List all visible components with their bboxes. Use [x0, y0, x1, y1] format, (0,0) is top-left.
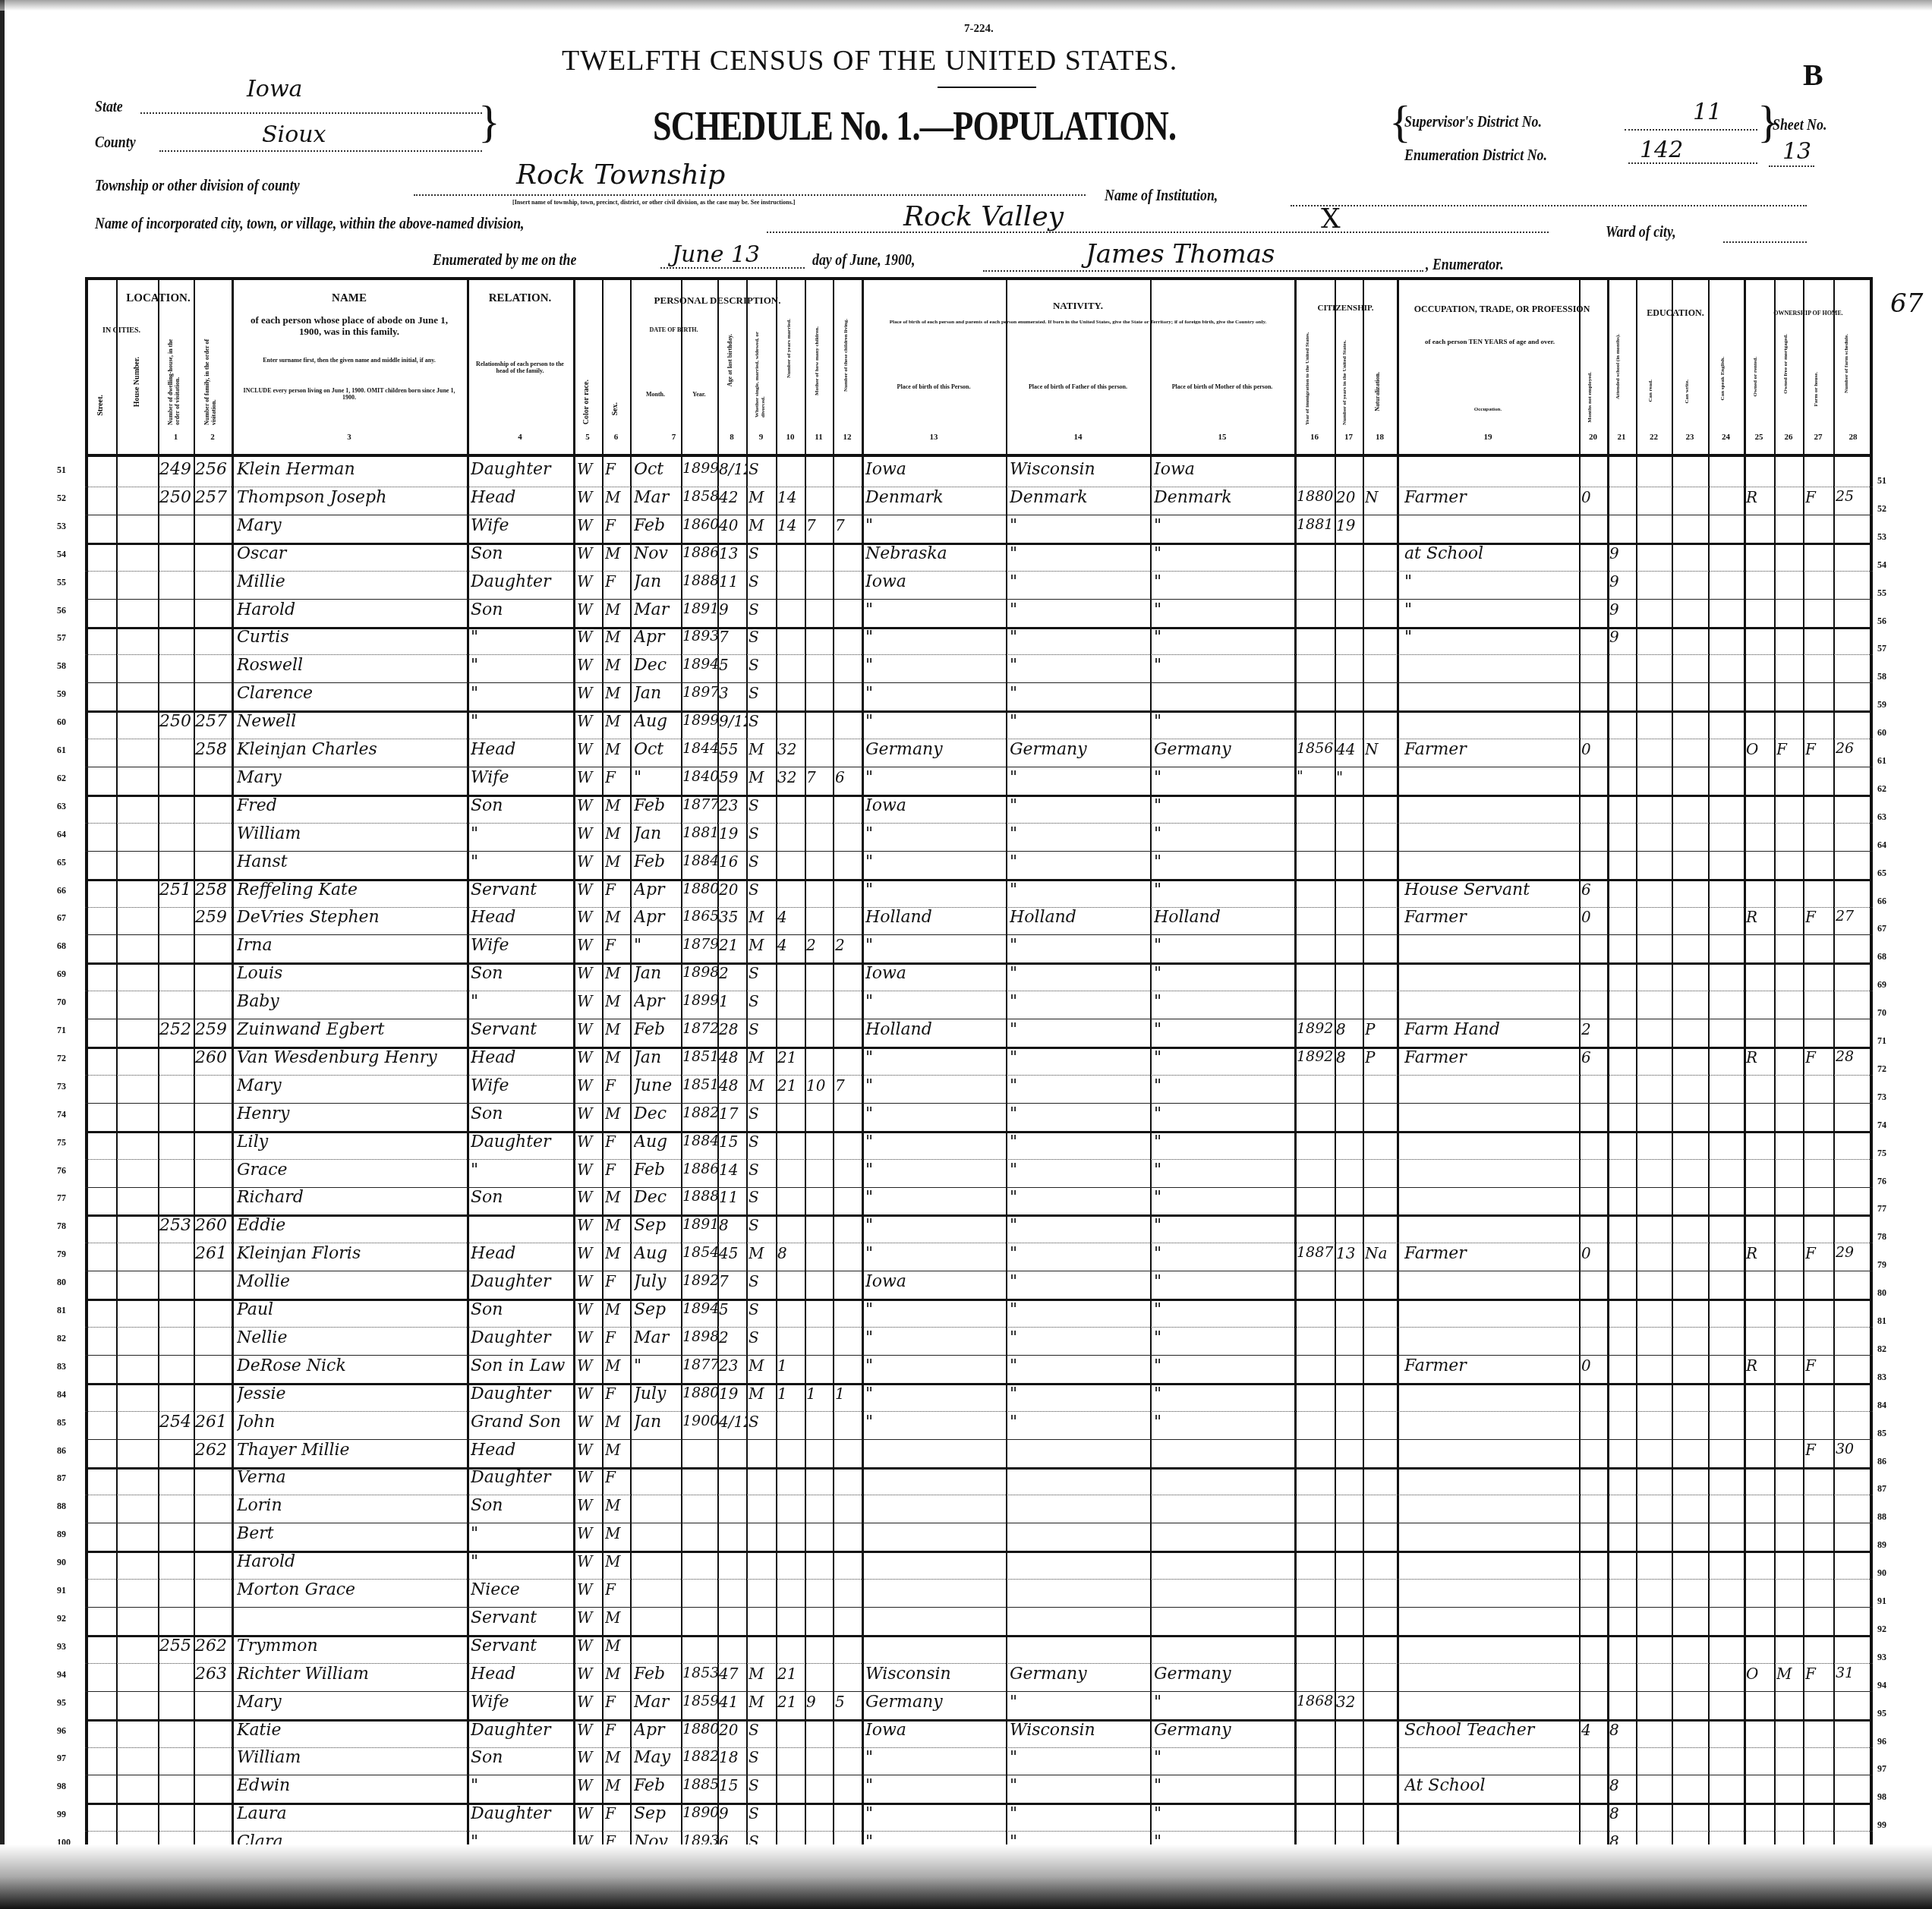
occupation-cell[interactable]: Farmer [1404, 908, 1579, 927]
birthplace-mother-cell[interactable]: " [1154, 1188, 1294, 1207]
birthplace-person-cell[interactable]: " [865, 1384, 1006, 1403]
school-months-cell[interactable]: 9 [1609, 600, 1636, 619]
farm-schedule-cell[interactable]: 30 [1836, 1441, 1872, 1457]
birth-month-cell[interactable]: July [634, 1384, 681, 1403]
sex-cell[interactable]: M [605, 1048, 630, 1066]
birth-year-cell[interactable]: 1892 [682, 1272, 717, 1289]
birth-month-cell[interactable]: " [634, 768, 681, 787]
birthplace-person-cell[interactable]: Iowa [865, 572, 1006, 591]
sex-cell[interactable]: M [605, 1300, 630, 1318]
birthplace-person-cell[interactable]: Iowa [865, 460, 1006, 479]
birth-year-cell[interactable]: 1880 [682, 1384, 717, 1401]
color-race-cell[interactable]: W [577, 936, 602, 954]
birthplace-person-cell[interactable]: " [865, 936, 1006, 955]
birthplace-father-cell[interactable]: " [1010, 600, 1150, 619]
years-married-cell[interactable]: 32 [777, 740, 805, 758]
age-cell[interactable]: 11 [719, 572, 746, 591]
mother-of-children-cell[interactable]: 2 [806, 936, 833, 954]
birthplace-mother-cell[interactable]: " [1154, 656, 1294, 675]
mother-of-children-cell[interactable]: 1 [806, 1384, 833, 1403]
birthplace-mother-cell[interactable]: " [1154, 1328, 1294, 1347]
birthplace-person-cell[interactable]: Holland [865, 1020, 1006, 1039]
color-race-cell[interactable]: W [577, 1804, 602, 1822]
marital-status-cell[interactable]: S [749, 1804, 776, 1822]
birthplace-father-cell[interactable]: " [1010, 1300, 1150, 1319]
color-race-cell[interactable]: W [577, 684, 602, 702]
naturalization-cell[interactable]: N [1365, 488, 1395, 506]
birthplace-mother-cell[interactable]: " [1154, 1748, 1294, 1767]
sex-cell[interactable]: F [605, 1468, 630, 1486]
school-months-cell[interactable]: 9 [1609, 628, 1636, 646]
person-name-cell[interactable]: Mary [237, 768, 465, 787]
birth-year-cell[interactable]: 1885 [682, 1776, 717, 1793]
family-number-cell[interactable]: 261 [195, 1413, 232, 1432]
immigration-year-cell[interactable]: 1868 [1297, 1693, 1335, 1709]
birthplace-mother-cell[interactable]: " [1154, 572, 1294, 591]
color-race-cell[interactable]: W [577, 1356, 602, 1375]
farm-house-cell[interactable]: F [1805, 488, 1833, 506]
occupation-cell[interactable]: " [1404, 628, 1579, 647]
birthplace-person-cell[interactable]: " [865, 1188, 1006, 1207]
birthplace-mother-cell[interactable]: Iowa [1154, 460, 1294, 479]
occupation-cell[interactable]: Farm Hand [1404, 1020, 1579, 1039]
birthplace-mother-cell[interactable]: " [1154, 1132, 1294, 1151]
free-mortgaged-cell[interactable]: F [1776, 740, 1803, 758]
color-race-cell[interactable]: W [577, 1776, 602, 1794]
age-cell[interactable]: 19 [719, 824, 746, 843]
person-name-cell[interactable]: Louis [237, 964, 465, 983]
sex-cell[interactable]: F [605, 936, 630, 954]
person-name-cell[interactable]: DeVries Stephen [237, 908, 465, 927]
marital-status-cell[interactable]: S [749, 1104, 776, 1123]
marital-status-cell[interactable]: S [749, 1721, 776, 1739]
sex-cell[interactable]: M [605, 1748, 630, 1766]
months-unemployed-cell[interactable]: 0 [1581, 740, 1607, 758]
color-race-cell[interactable]: W [577, 1441, 602, 1459]
relation-cell[interactable]: " [471, 656, 573, 675]
relation-cell[interactable]: Wife [471, 768, 573, 787]
birth-month-cell[interactable]: Jan [634, 684, 681, 703]
school-months-cell[interactable]: 9 [1609, 544, 1636, 562]
birth-month-cell[interactable]: Aug [634, 712, 681, 731]
birthplace-person-cell[interactable]: " [865, 1104, 1006, 1123]
birthplace-person-cell[interactable]: " [865, 1748, 1006, 1767]
person-name-cell[interactable]: Bert [237, 1524, 465, 1543]
birth-year-cell[interactable]: 1899 [682, 992, 717, 1009]
relation-cell[interactable]: Daughter [471, 1272, 573, 1291]
birth-month-cell[interactable]: July [634, 1272, 681, 1291]
marital-status-cell[interactable]: S [749, 824, 776, 843]
sex-cell[interactable]: M [605, 992, 630, 1010]
person-name-cell[interactable]: Verna [237, 1468, 465, 1487]
sex-cell[interactable]: M [605, 1776, 630, 1794]
color-race-cell[interactable]: W [577, 1020, 602, 1038]
marital-status-cell[interactable]: S [749, 572, 776, 591]
color-race-cell[interactable]: W [577, 1524, 602, 1542]
dwelling-number-cell[interactable]: 253 [159, 1216, 194, 1235]
birthplace-mother-cell[interactable]: " [1154, 992, 1294, 1011]
years-married-cell[interactable]: 1 [777, 1356, 805, 1375]
sex-cell[interactable]: M [605, 712, 630, 730]
sex-cell[interactable]: M [605, 908, 630, 926]
sex-cell[interactable]: M [605, 1356, 630, 1375]
occupation-cell[interactable]: At School [1404, 1776, 1579, 1795]
family-number-cell[interactable]: 261 [195, 1244, 232, 1263]
age-cell[interactable]: 48 [719, 1076, 746, 1095]
birth-year-cell[interactable]: 1900 [682, 1413, 717, 1429]
color-race-cell[interactable]: W [577, 712, 602, 730]
months-unemployed-cell[interactable]: 0 [1581, 1244, 1607, 1262]
birthplace-person-cell[interactable]: Iowa [865, 964, 1006, 983]
occupation-cell[interactable]: Farmer [1404, 740, 1579, 759]
family-number-cell[interactable]: 263 [195, 1665, 232, 1684]
birthplace-father-cell[interactable]: Denmark [1010, 488, 1150, 507]
birth-year-cell[interactable]: 1891 [682, 1216, 717, 1233]
relation-cell[interactable]: Son [471, 600, 573, 619]
sex-cell[interactable]: M [605, 1665, 630, 1683]
years-in-us-cell[interactable]: 32 [1336, 1693, 1363, 1711]
naturalization-cell[interactable]: Na [1365, 1244, 1395, 1262]
birthplace-mother-cell[interactable]: " [1154, 824, 1294, 843]
birth-year-cell[interactable]: 1851 [682, 1048, 717, 1065]
years-married-cell[interactable]: 21 [777, 1665, 805, 1683]
relation-cell[interactable]: " [471, 1524, 573, 1543]
color-race-cell[interactable]: W [577, 572, 602, 591]
immigration-year-cell[interactable]: 1880 [1297, 488, 1335, 505]
person-name-cell[interactable]: Roswell [237, 656, 465, 675]
marital-status-cell[interactable]: S [749, 1272, 776, 1290]
relation-cell[interactable]: Son [471, 544, 573, 563]
birth-year-cell[interactable]: 1893 [682, 628, 717, 644]
birthplace-mother-cell[interactable]: " [1154, 1413, 1294, 1432]
relation-cell[interactable]: Son in Law [471, 1356, 573, 1375]
person-name-cell[interactable]: Katie [237, 1721, 465, 1740]
sex-cell[interactable]: M [605, 544, 630, 562]
relation-cell[interactable]: Son [471, 796, 573, 815]
birthplace-father-cell[interactable]: " [1010, 572, 1150, 591]
birth-month-cell[interactable]: Oct [634, 460, 681, 479]
relation-cell[interactable]: Son [471, 1300, 573, 1319]
person-name-cell[interactable]: Irna [237, 936, 465, 955]
color-race-cell[interactable]: W [577, 1552, 602, 1570]
person-name-cell[interactable]: Kleinjan Charles [237, 740, 465, 759]
birth-month-cell[interactable]: Feb [634, 1161, 681, 1180]
birth-month-cell[interactable]: Mar [634, 600, 681, 619]
birthplace-father-cell[interactable]: " [1010, 1188, 1150, 1207]
color-race-cell[interactable]: W [577, 992, 602, 1010]
months-unemployed-cell[interactable]: 0 [1581, 488, 1607, 506]
birth-month-cell[interactable]: Jan [634, 824, 681, 843]
color-race-cell[interactable]: W [577, 1693, 602, 1711]
color-race-cell[interactable]: W [577, 768, 602, 786]
sex-cell[interactable]: F [605, 460, 630, 478]
birth-month-cell[interactable]: Dec [634, 1104, 681, 1123]
family-number-cell[interactable]: 258 [195, 740, 232, 759]
birthplace-person-cell[interactable]: " [865, 712, 1006, 731]
birth-month-cell[interactable]: Feb [634, 796, 681, 815]
sex-cell[interactable]: M [605, 1188, 630, 1206]
age-cell[interactable]: 16 [719, 852, 746, 871]
age-cell[interactable]: 20 [719, 1721, 746, 1739]
birthplace-person-cell[interactable]: " [865, 1356, 1006, 1375]
farm-schedule-cell[interactable]: 27 [1836, 908, 1872, 925]
color-race-cell[interactable]: W [577, 1244, 602, 1262]
marital-status-cell[interactable]: M [749, 1244, 776, 1262]
relation-cell[interactable]: Head [471, 1048, 573, 1067]
color-race-cell[interactable]: W [577, 1048, 602, 1066]
school-months-cell[interactable]: 8 [1609, 1776, 1636, 1794]
birthplace-father-cell[interactable]: " [1010, 1132, 1150, 1151]
occupation-cell[interactable]: " [1404, 572, 1579, 591]
farm-schedule-cell[interactable]: 29 [1836, 1244, 1872, 1261]
birth-year-cell[interactable]: 1858 [682, 488, 717, 505]
marital-status-cell[interactable]: S [749, 1132, 776, 1151]
birthplace-person-cell[interactable]: " [865, 824, 1006, 843]
birthplace-father-cell[interactable]: " [1010, 1693, 1150, 1712]
person-name-cell[interactable]: Lily [237, 1132, 465, 1151]
birth-month-cell[interactable]: Jan [634, 964, 681, 983]
farm-house-cell[interactable]: F [1805, 1244, 1833, 1262]
sex-cell[interactable]: F [605, 572, 630, 591]
sex-cell[interactable]: M [605, 852, 630, 871]
relation-cell[interactable]: Head [471, 1665, 573, 1684]
dwelling-number-cell[interactable]: 249 [159, 460, 194, 479]
birth-year-cell[interactable]: 1853 [682, 1665, 717, 1681]
birthplace-father-cell[interactable]: " [1010, 1413, 1150, 1432]
marital-status-cell[interactable]: M [749, 936, 776, 954]
birthplace-father-cell[interactable]: " [1010, 516, 1150, 535]
person-name-cell[interactable]: Thayer Millie [237, 1441, 465, 1460]
birth-year-cell[interactable]: 1840 [682, 768, 717, 785]
years-in-us-cell[interactable]: 8 [1336, 1048, 1363, 1066]
person-name-cell[interactable]: Hanst [237, 852, 465, 871]
years-married-cell[interactable]: 32 [777, 768, 805, 786]
sex-cell[interactable]: F [605, 1272, 630, 1290]
children-living-cell[interactable]: 1 [835, 1384, 862, 1403]
relation-cell[interactable]: Head [471, 908, 573, 927]
mother-of-children-cell[interactable]: 7 [806, 768, 833, 786]
birth-year-cell[interactable]: 1872 [682, 1020, 717, 1037]
sex-cell[interactable]: M [605, 1637, 630, 1655]
age-cell[interactable]: 42 [719, 488, 746, 506]
birthplace-father-cell[interactable]: Holland [1010, 908, 1150, 927]
sex-cell[interactable]: M [605, 1244, 630, 1262]
birth-month-cell[interactable]: Oct [634, 740, 681, 759]
dwelling-number-cell[interactable]: 250 [159, 712, 194, 731]
relation-cell[interactable]: Head [471, 1441, 573, 1460]
color-race-cell[interactable]: W [577, 964, 602, 982]
relation-cell[interactable]: Wife [471, 1693, 573, 1712]
person-name-cell[interactable]: Henry [237, 1104, 465, 1123]
birth-month-cell[interactable]: Jan [634, 1413, 681, 1432]
birthplace-person-cell[interactable]: " [865, 1413, 1006, 1432]
farm-schedule-cell[interactable]: 26 [1836, 740, 1872, 757]
family-number-cell[interactable]: 260 [195, 1216, 232, 1235]
age-cell[interactable]: 28 [719, 1020, 746, 1038]
birthplace-person-cell[interactable]: Holland [865, 908, 1006, 927]
birthplace-mother-cell[interactable]: " [1154, 1776, 1294, 1795]
birthplace-mother-cell[interactable]: " [1154, 1300, 1294, 1319]
sex-cell[interactable]: F [605, 1328, 630, 1347]
family-number-cell[interactable]: 258 [195, 880, 232, 899]
birth-month-cell[interactable]: Apr [634, 880, 681, 899]
age-cell[interactable]: 55 [719, 740, 746, 758]
relation-cell[interactable]: Grand Son [471, 1413, 573, 1432]
color-race-cell[interactable]: W [577, 1608, 602, 1627]
person-name-cell[interactable]: Lorin [237, 1496, 465, 1515]
relation-cell[interactable]: " [471, 1552, 573, 1571]
sex-cell[interactable]: M [605, 1608, 630, 1627]
birth-month-cell[interactable]: Aug [634, 1244, 681, 1263]
birthplace-father-cell[interactable]: " [1010, 1328, 1150, 1347]
birthplace-mother-cell[interactable]: " [1154, 1804, 1294, 1823]
person-name-cell[interactable]: Paul [237, 1300, 465, 1319]
birthplace-father-cell[interactable]: " [1010, 824, 1150, 843]
person-name-cell[interactable]: Morton Grace [237, 1580, 465, 1599]
birth-year-cell[interactable]: 1882 [682, 1104, 717, 1121]
sex-cell[interactable]: M [605, 488, 630, 506]
birthplace-father-cell[interactable]: " [1010, 1776, 1150, 1795]
years-married-cell[interactable]: 1 [777, 1384, 805, 1403]
birthplace-mother-cell[interactable]: Holland [1154, 908, 1294, 927]
relation-cell[interactable]: " [471, 684, 573, 703]
school-months-cell[interactable]: 8 [1609, 1804, 1636, 1822]
marital-status-cell[interactable]: S [749, 684, 776, 702]
family-number-cell[interactable]: 257 [195, 712, 232, 731]
age-cell[interactable]: 41 [719, 1693, 746, 1711]
birthplace-mother-cell[interactable]: " [1154, 628, 1294, 647]
birthplace-person-cell[interactable]: " [865, 684, 1006, 703]
farm-schedule-cell[interactable]: 25 [1836, 488, 1872, 505]
birth-year-cell[interactable]: 1898 [682, 1328, 717, 1345]
color-race-cell[interactable]: W [577, 852, 602, 871]
years-married-cell[interactable]: 14 [777, 516, 805, 534]
age-cell[interactable]: 2 [719, 1328, 746, 1347]
birth-year-cell[interactable]: 1886 [682, 544, 717, 561]
sex-cell[interactable]: F [605, 1076, 630, 1095]
birthplace-father-cell[interactable]: " [1010, 880, 1150, 899]
relation-cell[interactable]: Son [471, 1188, 573, 1207]
person-name-cell[interactable]: Zuinwand Egbert [237, 1020, 465, 1039]
supervisor-field[interactable]: 11 [1693, 99, 1722, 125]
sex-cell[interactable]: F [605, 1132, 630, 1151]
naturalization-cell[interactable]: N [1365, 740, 1395, 758]
age-cell[interactable]: 40 [719, 516, 746, 534]
owned-rented-cell[interactable]: R [1746, 1356, 1774, 1375]
birth-month-cell[interactable]: Apr [634, 628, 681, 647]
birth-year-cell[interactable]: 1880 [682, 880, 717, 897]
months-unemployed-cell[interactable]: 0 [1581, 908, 1607, 926]
marital-status-cell[interactable]: S [749, 1020, 776, 1038]
age-cell[interactable]: 5 [719, 656, 746, 674]
birth-month-cell[interactable]: Jan [634, 1048, 681, 1067]
children-living-cell[interactable]: 2 [835, 936, 862, 954]
birthplace-person-cell[interactable]: " [865, 1300, 1006, 1319]
person-name-cell[interactable]: Thompson Joseph [237, 488, 465, 507]
person-name-cell[interactable]: Van Wesdenburg Henry [237, 1048, 465, 1067]
birthplace-mother-cell[interactable]: " [1154, 936, 1294, 955]
color-race-cell[interactable]: W [577, 600, 602, 619]
person-name-cell[interactable]: Baby [237, 992, 465, 1011]
farm-house-cell[interactable]: F [1805, 740, 1833, 758]
birth-month-cell[interactable]: " [634, 936, 681, 955]
birthplace-mother-cell[interactable]: Germany [1154, 1721, 1294, 1740]
sex-cell[interactable]: F [605, 1580, 630, 1599]
person-name-cell[interactable]: Eddie [237, 1216, 465, 1235]
mother-of-children-cell[interactable]: 7 [806, 516, 833, 534]
relation-cell[interactable]: Wife [471, 1076, 573, 1095]
birthplace-person-cell[interactable]: " [865, 1161, 1006, 1180]
sex-cell[interactable]: F [605, 516, 630, 534]
sex-cell[interactable]: F [605, 1161, 630, 1179]
person-name-cell[interactable]: Nellie [237, 1328, 465, 1347]
state-field[interactable]: Iowa [247, 76, 302, 102]
birth-year-cell[interactable]: 1877 [682, 796, 717, 813]
farm-house-cell[interactable]: F [1805, 908, 1833, 926]
age-cell[interactable]: 47 [719, 1665, 746, 1683]
birth-month-cell[interactable]: Mar [634, 1693, 681, 1712]
birthplace-person-cell[interactable]: " [865, 516, 1006, 535]
marital-status-cell[interactable]: M [749, 740, 776, 758]
enumerator-name[interactable]: James Thomas [1086, 239, 1275, 269]
family-number-cell[interactable]: 259 [195, 1020, 232, 1039]
marital-status-cell[interactable]: S [749, 628, 776, 646]
children-living-cell[interactable]: 5 [835, 1693, 862, 1711]
relation-cell[interactable]: " [471, 712, 573, 731]
birthplace-father-cell[interactable]: Germany [1010, 1665, 1150, 1684]
months-unemployed-cell[interactable]: 6 [1581, 880, 1607, 899]
birthplace-person-cell[interactable]: Germany [865, 1693, 1006, 1712]
school-months-cell[interactable]: 9 [1609, 572, 1636, 591]
color-race-cell[interactable]: W [577, 908, 602, 926]
birth-year-cell[interactable]: 1879 [682, 936, 717, 953]
birthplace-mother-cell[interactable]: " [1154, 1020, 1294, 1039]
relation-cell[interactable]: Servant [471, 880, 573, 899]
relation-cell[interactable]: Son [471, 1104, 573, 1123]
birth-month-cell[interactable]: Nov [634, 544, 681, 563]
person-name-cell[interactable]: Millie [237, 572, 465, 591]
relation-cell[interactable]: Daughter [471, 1384, 573, 1403]
relation-cell[interactable]: Son [471, 1496, 573, 1515]
person-name-cell[interactable]: Trymmon [237, 1637, 465, 1655]
birth-month-cell[interactable]: Feb [634, 1665, 681, 1684]
birthplace-mother-cell[interactable]: " [1154, 600, 1294, 619]
birthplace-person-cell[interactable]: Germany [865, 740, 1006, 759]
birthplace-father-cell[interactable]: " [1010, 796, 1150, 815]
color-race-cell[interactable]: W [577, 1413, 602, 1431]
age-cell[interactable]: 14 [719, 1161, 746, 1179]
months-unemployed-cell[interactable]: 4 [1581, 1721, 1607, 1739]
months-unemployed-cell[interactable]: 2 [1581, 1020, 1607, 1038]
township-field[interactable]: Rock Township [516, 159, 725, 191]
birthplace-mother-cell[interactable]: " [1154, 1048, 1294, 1067]
owned-rented-cell[interactable]: R [1746, 1244, 1774, 1262]
birth-year-cell[interactable]: 1898 [682, 964, 717, 981]
person-name-cell[interactable]: Harold [237, 1552, 465, 1571]
age-cell[interactable]: 13 [719, 544, 746, 562]
color-race-cell[interactable]: W [577, 488, 602, 506]
relation-cell[interactable]: Niece [471, 1580, 573, 1599]
ward-field[interactable] [1723, 241, 1807, 243]
age-cell[interactable]: 7 [719, 628, 746, 646]
birthplace-mother-cell[interactable]: " [1154, 796, 1294, 815]
birthplace-mother-cell[interactable]: Germany [1154, 1665, 1294, 1684]
color-race-cell[interactable]: W [577, 1721, 602, 1739]
sex-cell[interactable]: M [605, 1216, 630, 1234]
birth-year-cell[interactable]: 1877 [682, 1356, 717, 1373]
years-in-us-cell[interactable]: 44 [1336, 740, 1363, 758]
birthplace-mother-cell[interactable]: " [1154, 516, 1294, 535]
